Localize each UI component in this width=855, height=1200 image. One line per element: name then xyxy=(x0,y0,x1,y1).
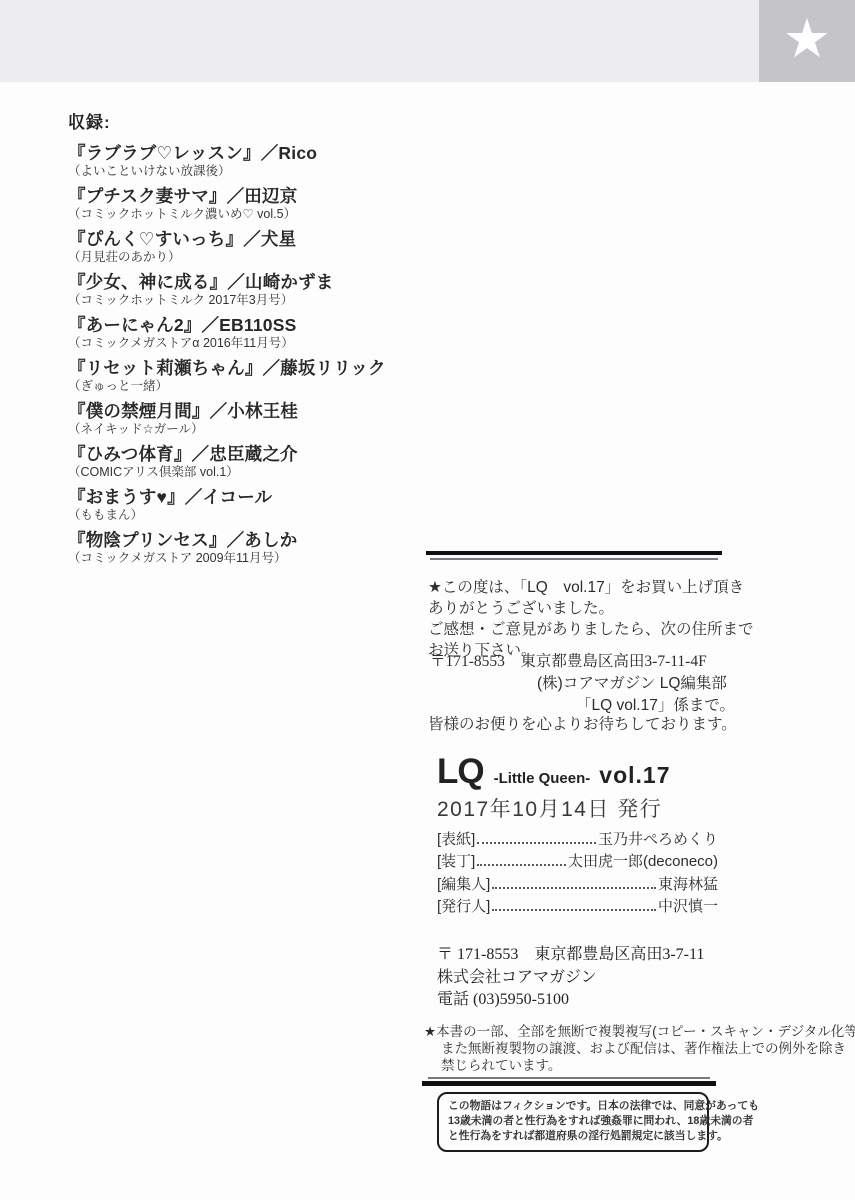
feedback-closing: 皆様のお便りを心よりお待ちしております。 xyxy=(428,712,737,734)
toc-item-title: 『プチスク妻サマ』／田辺京 xyxy=(68,186,438,206)
toc-item: 『ぴんく♡すいっち』／犬星 （月見荘のあかり） xyxy=(68,229,438,265)
dot-leader xyxy=(492,887,656,889)
copyright-line: ★本書の一部、全部を無断で複製複写(コピー・スキャン・デジタル化等) xyxy=(424,1023,834,1040)
credit-row: [編集人] 東海林猛 xyxy=(437,871,718,894)
toc-item: 『物陰プリンセス』／あしか （コミックメガストア 2009年11月号） xyxy=(68,530,438,566)
credit-label: [発行人] xyxy=(437,895,490,916)
toc-item-title: 『物陰プリンセス』／あしか xyxy=(68,530,438,550)
toc-item: 『あーにゃん2』／EB110SS （コミックメガストアα 2016年11月号） xyxy=(68,315,438,351)
colophon-page: ★ 収録: 『ラブラブ♡レッスン』／Rico （よいこといけない放課後） 『プチ… xyxy=(0,0,855,1200)
toc-item-title: 『おまうす♥』／イコール xyxy=(68,487,438,507)
disclaimer-line: この物語はフィクションです。日本の法律では、同意があっても xyxy=(448,1099,698,1114)
magazine-logo: LQ xyxy=(437,752,484,792)
credit-row: [装丁] 太田虎一郎(deconeco) xyxy=(437,849,718,872)
publication-heading: LQ -Little Queen- vol.17 xyxy=(437,752,671,792)
disclaimer-line: 13歳未満の者と性行為をすれば強姦罪に問われ、18歳未満の者 xyxy=(448,1114,698,1129)
dot-leader xyxy=(492,909,656,911)
toc-item-source: （ももまん） xyxy=(68,508,438,523)
copyright-notice: ★本書の一部、全部を無断で複製複写(コピー・スキャン・デジタル化等) また無断複… xyxy=(424,1023,834,1074)
toc-item-title: 『ぴんく♡すいっち』／犬星 xyxy=(68,229,438,249)
toc-item-source: （コミックホットミルク濃いめ♡ vol.5） xyxy=(68,207,438,222)
credit-name: 玉乃井ぺろめくり xyxy=(598,828,718,849)
feedback-note: ★この度は、「LQ vol.17」をお買い上げ頂き ありがとうございました。 ご… xyxy=(428,577,733,661)
toc-item-title: 『僕の禁煙月間』／小林王桂 xyxy=(68,401,438,421)
disclaimer-line: と性行為をすれば都道府県の淫行処罰規定に該当します。 xyxy=(448,1129,698,1144)
feedback-address: 〒171-8553 東京都豊島区高田3-7-11-4F (株)コアマガジン LQ… xyxy=(430,651,730,717)
rule-thick-line xyxy=(422,1081,716,1086)
volume-number: vol.17 xyxy=(599,762,670,789)
copyright-line: また無断複製物の譲渡、および配信は、著作権法上での例外を除き xyxy=(441,1040,834,1057)
credit-label: [装丁] xyxy=(437,850,475,871)
toc-item-source: （よいこといけない放課後） xyxy=(68,164,438,179)
toc-item-source: （ネイキッド☆ガール） xyxy=(68,422,438,437)
toc-item-source: （ぎゅっと一緒） xyxy=(68,379,438,394)
magazine-subtitle: -Little Queen- xyxy=(494,770,591,787)
feedback-line: ★この度は、「LQ vol.17」をお買い上げ頂き xyxy=(428,577,733,598)
toc-item: 『リセット莉瀬ちゃん』／藤坂リリック （ぎゅっと一緒） xyxy=(68,358,438,394)
rule-thin-line xyxy=(428,1077,710,1079)
toc-item-title: 『ラブラブ♡レッスン』／Rico xyxy=(68,143,438,163)
toc-item-title: 『ひみつ体育』／忠臣蔵之介 xyxy=(68,444,438,464)
credit-label: [表紙] xyxy=(437,828,475,849)
publisher-info: 〒 171-8553 東京都豊島区高田3-7-11 株式会社コアマガジン 電話 … xyxy=(437,944,704,1012)
star-icon: ★ xyxy=(783,12,831,66)
feedback-address-line: 〒171-8553 東京都豊島区高田3-7-11-4F xyxy=(430,651,730,673)
credit-name: 東海林猛 xyxy=(658,873,718,894)
toc-item: 『ラブラブ♡レッスン』／Rico （よいこといけない放課後） xyxy=(68,143,438,179)
feedback-line: ご感想・ご意見がありましたら、次の住所まで xyxy=(428,619,733,640)
publisher-address: 〒 171-8553 東京都豊島区高田3-7-11 xyxy=(437,944,704,967)
toc-item-source: （コミックメガストア 2009年11月号） xyxy=(68,551,438,566)
toc-item: 『少女、神に成る』／山崎かずま （コミックホットミルク 2017年3月号） xyxy=(68,272,438,308)
dot-leader xyxy=(477,864,566,866)
toc-item-source: （月見荘のあかり） xyxy=(68,250,438,265)
toc-item: 『ひみつ体育』／忠臣蔵之介 （COMICアリス倶楽部 vol.1） xyxy=(68,444,438,480)
credit-name: 太田虎一郎(deconeco) xyxy=(568,850,718,871)
bottom-double-rule xyxy=(422,1077,716,1086)
rule-thin-line xyxy=(430,558,718,560)
feedback-line: ありがとうございました。 xyxy=(428,598,733,619)
publisher-phone: 電話 (03)5950-5100 xyxy=(437,989,704,1012)
credit-row: [発行人] 中沢慎一 xyxy=(437,894,718,917)
credit-row: [表紙] 玉乃井ぺろめくり xyxy=(437,826,718,849)
toc-item-title: 『少女、神に成る』／山崎かずま xyxy=(68,272,438,292)
copyright-line: 禁じられています。 xyxy=(441,1057,834,1074)
toc-item-source: （コミックホットミルク 2017年3月号） xyxy=(68,293,438,308)
rule-thick-line xyxy=(426,551,722,555)
toc-item: 『プチスク妻サマ』／田辺京 （コミックホットミルク濃いめ♡ vol.5） xyxy=(68,186,438,222)
fiction-disclaimer-box: この物語はフィクションです。日本の法律では、同意があっても 13歳未満の者と性行… xyxy=(437,1092,709,1152)
top-double-rule xyxy=(426,551,722,560)
toc-item-source: （コミックメガストアα 2016年11月号） xyxy=(68,336,438,351)
publication-date: 2017年10月14日 発行 xyxy=(437,793,662,823)
toc-item: 『僕の禁煙月間』／小林王桂 （ネイキッド☆ガール） xyxy=(68,401,438,437)
credits-list: [表紙] 玉乃井ぺろめくり [装丁] 太田虎一郎(deconeco) [編集人]… xyxy=(437,826,718,916)
corner-square: ★ xyxy=(759,0,855,82)
credit-name: 中沢慎一 xyxy=(658,895,718,916)
toc-item-title: 『あーにゃん2』／EB110SS xyxy=(68,315,438,335)
toc-item: 『おまうす♥』／イコール （ももまん） xyxy=(68,487,438,523)
publisher-name: 株式会社コアマガジン xyxy=(437,967,704,990)
dot-leader xyxy=(477,842,596,844)
toc-item-source: （COMICアリス倶楽部 vol.1） xyxy=(68,465,438,480)
toc-heading: 収録: xyxy=(68,108,438,133)
top-banner xyxy=(0,0,855,82)
feedback-address-line: (株)コアマガジン LQ編集部 xyxy=(537,673,730,695)
credit-label: [編集人] xyxy=(437,873,490,894)
table-of-contents: 収録: 『ラブラブ♡レッスン』／Rico （よいこといけない放課後） 『プチスク… xyxy=(68,108,438,573)
toc-item-title: 『リセット莉瀬ちゃん』／藤坂リリック xyxy=(68,358,438,378)
